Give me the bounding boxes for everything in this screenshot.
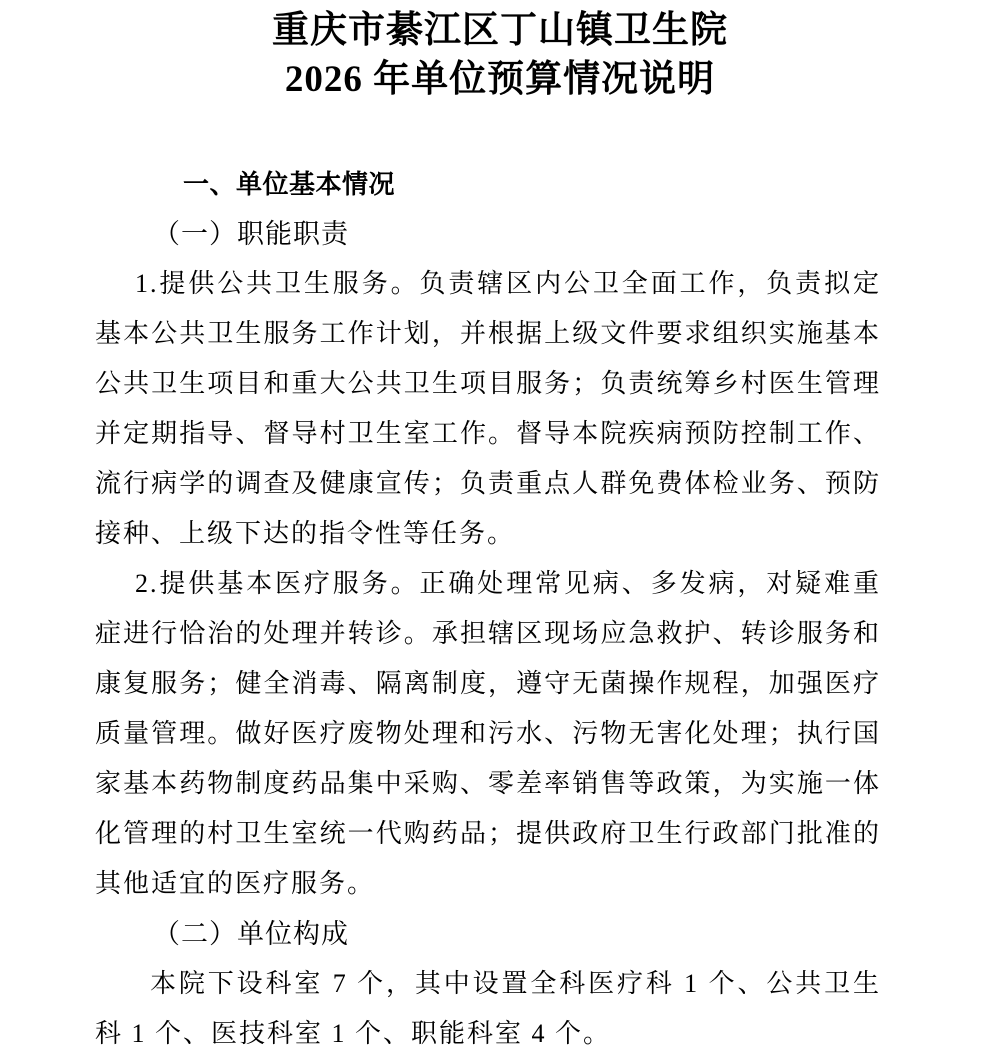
section-heading-unit-basic-info: 一、单位基本情况 (95, 159, 881, 209)
paragraph-basic-medical-services: 2.提供基本医疗服务。正确处理常见病、多发病，对疑难重症进行恰治的处理并转诊。承… (95, 559, 881, 909)
paragraph-unit-composition: 本院下设科室 7 个，其中设置全科医疗科 1 个、公共卫生科 1 个、医技科室 … (95, 959, 881, 1059)
document-title-line-2: 2026 年单位预算情况说明 (0, 55, 1000, 104)
budget-document-page: 重庆市綦江区丁山镇卫生院 2026 年单位预算情况说明 一、单位基本情况 （一）… (0, 0, 1000, 1063)
document-title: 重庆市綦江区丁山镇卫生院 2026 年单位预算情况说明 (0, 0, 1000, 104)
paragraph-public-health-services: 1.提供公共卫生服务。负责辖区内公卫全面工作，负责拟定基本公共卫生服务工作计划，… (95, 259, 881, 559)
document-title-line-1: 重庆市綦江区丁山镇卫生院 (0, 6, 1000, 55)
subsection-heading-duties: （一）职能职责 (95, 209, 881, 259)
document-body: 一、单位基本情况 （一）职能职责 1.提供公共卫生服务。负责辖区内公卫全面工作，… (95, 159, 881, 1059)
subsection-heading-unit-composition: （二）单位构成 (95, 909, 881, 959)
